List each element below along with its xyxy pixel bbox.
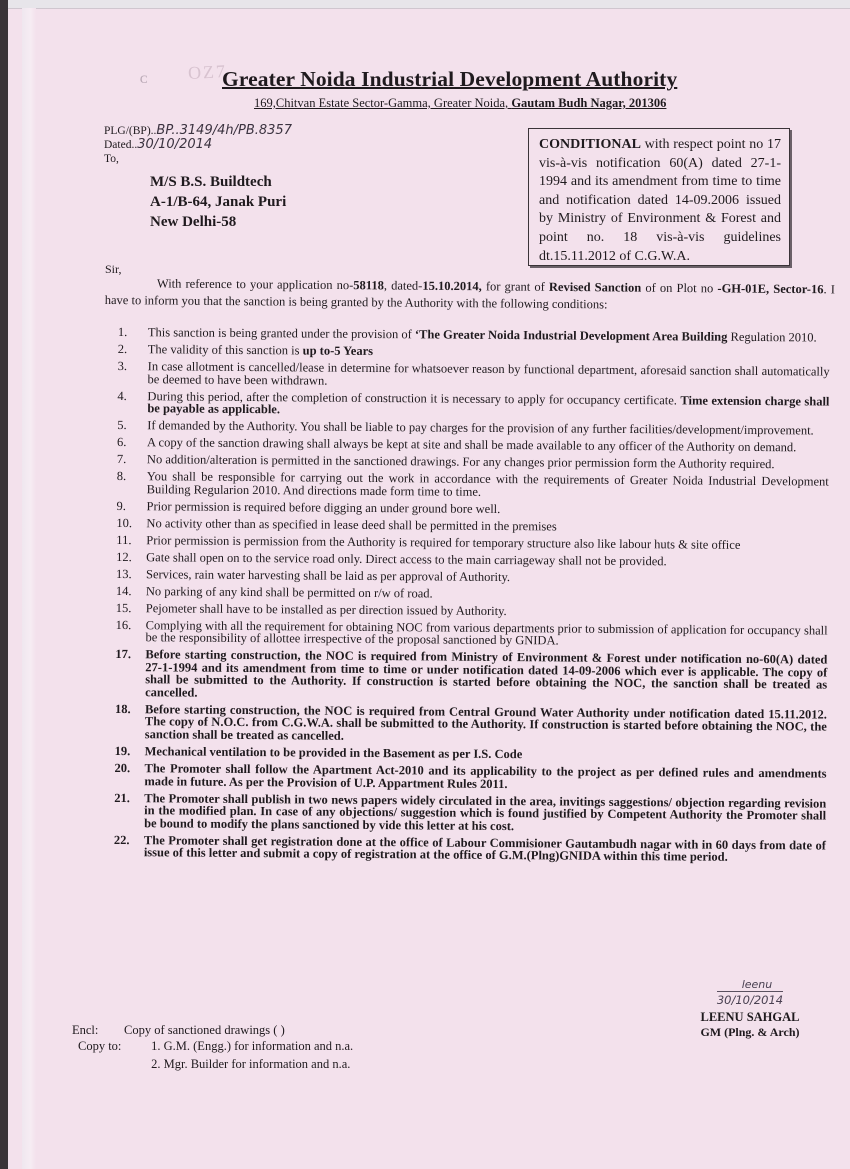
application-number: 58118	[353, 278, 384, 292]
condition-item: 6.A copy of the sanction drawing shall a…	[117, 436, 829, 454]
address-bold: Gautam Budh Nagar, 201306	[511, 96, 666, 110]
sector: Sector-16	[773, 282, 823, 296]
condition-text: In case allotment is cancelled/lease in …	[148, 359, 830, 387]
conditional-notice-box: CONDITIONAL with respect point no 17 vis…	[528, 128, 790, 266]
condition-bold-text: Before starting construction, the NOC is…	[145, 647, 827, 699]
condition-text: If demanded by the Authority. You shall …	[147, 418, 814, 437]
condition-text: Complying with all the requirement for o…	[146, 618, 828, 648]
condition-number: 11.	[116, 534, 142, 547]
condition-item: 22.The Promoter shall get registration d…	[114, 834, 826, 865]
condition-item: 1.This sanction is being granted under t…	[118, 326, 830, 344]
intro-paragraph: With reference to your application no-58…	[105, 275, 835, 315]
addressee-block: M/S B.S. Buildtech A-1/B-64, Janak Puri …	[150, 172, 286, 232]
condition-item: 12.Gate shall open on to the service roa…	[116, 551, 828, 569]
plg-number: BP..3149/4h/PB.8357	[156, 123, 292, 138]
conditional-lead: CONDITIONAL	[539, 137, 641, 152]
condition-number: 12.	[116, 551, 142, 564]
condition-text: The validity of this sanction is	[148, 342, 303, 357]
signatory-name: LEENU SAHGAL	[680, 1010, 820, 1025]
condition-item: 15.Pejometer shall have to be installed …	[116, 602, 828, 620]
application-date: 15.10.2014,	[422, 279, 481, 294]
condition-bold-text: ‘The Greater Noida Industrial Developmen…	[415, 327, 728, 343]
condition-number: 20.	[114, 762, 140, 775]
condition-item: 10.No activity other than as specified i…	[116, 517, 828, 535]
condition-item: 19.Mechanical ventilation to be provided…	[115, 745, 827, 763]
condition-bold-text: The Promoter shall publish in two news p…	[144, 791, 826, 833]
condition-text: Prior permission is permission from the …	[146, 533, 740, 552]
condition-item: 18.Before starting construction, the NOC…	[115, 703, 827, 746]
copy-to-item: 2. Mgr. Builder for information and n.a.	[151, 1056, 353, 1074]
condition-item: 7.No addition/alteration is permitted in…	[117, 453, 829, 471]
condition-number: 5.	[117, 419, 143, 432]
condition-number: 4.	[117, 390, 143, 403]
condition-bold-text: Mechanical ventilation to be provided in…	[145, 744, 523, 761]
pen-mark-icon: ᴄ	[140, 70, 148, 88]
signature-date: 30/10/2014	[717, 991, 783, 1007]
condition-number: 17.	[115, 648, 141, 661]
condition-item: 11.Prior permission is permission from t…	[116, 534, 828, 552]
enclosure-line: Encl:Copy of sanctioned drawings ( )	[72, 1022, 285, 1038]
copy-to-block: Copy to: 1. G.M. (Engg.) for information…	[78, 1038, 353, 1073]
sanction-type: Revised Sanction	[549, 280, 641, 295]
condition-number: 19.	[115, 745, 141, 758]
condition-item: 8.You shall be responsible for carrying …	[117, 470, 829, 501]
copy-to-label: Copy to:	[78, 1038, 148, 1056]
reference-block: PLG/(BP)..BP..3149/4h/PB.8357 Dated..30/…	[104, 124, 292, 166]
condition-tail-text: Regulation 2010.	[727, 330, 816, 345]
condition-text: Services, rain water harvesting shall be…	[146, 567, 510, 584]
condition-number: 16.	[116, 619, 142, 632]
signature-block: leenu 30/10/2014 LEENU SAHGAL GM (Plng. …	[680, 978, 820, 1040]
condition-text: A copy of the sanction drawing shall alw…	[147, 435, 796, 454]
enclosure-label: Encl:	[72, 1022, 124, 1038]
condition-item: 16.Complying with all the requirement fo…	[116, 619, 828, 650]
condition-bold-text: up to-5 Years	[303, 343, 373, 358]
condition-item: 20.The Promoter shall follow the Apartme…	[114, 762, 826, 793]
condition-bold-text: The Promoter shall get registration done…	[144, 833, 826, 864]
dated-label: Dated..	[104, 139, 137, 151]
condition-number: 14.	[116, 585, 142, 598]
dated-value: 30/10/2014	[137, 137, 212, 152]
address-plain: 169,Chitvan Estate Sector-Gamma, Greater…	[254, 96, 511, 110]
condition-item: 9.Prior permission is required before di…	[117, 500, 829, 518]
condition-number: 10.	[116, 517, 142, 530]
addressee-name: M/S B.S. Buildtech	[150, 172, 286, 192]
condition-item: 14.No parking of any kind shall be permi…	[116, 585, 828, 603]
letter-page: OZ7 ᴄ Greater Noida Industrial Developme…	[0, 0, 850, 1169]
condition-bold-text: The Promoter shall follow the Apartment …	[144, 761, 826, 790]
conditions-list: 1.This sanction is being granted under t…	[114, 326, 830, 869]
plot-number: -GH-01E,	[717, 281, 769, 295]
condition-text: No activity other than as specified in l…	[146, 516, 556, 533]
condition-text: Prior permission is required before digg…	[147, 499, 501, 516]
signatory-title: GM (Plng. & Arch)	[680, 1025, 820, 1040]
condition-number: 13.	[116, 568, 142, 581]
condition-item: 4.During this period, after the completi…	[117, 390, 829, 421]
condition-item: 5.If demanded by the Authority. You shal…	[117, 419, 829, 437]
condition-item: 21.The Promoter shall publish in two new…	[114, 792, 826, 835]
signature-scrawl: leenu	[694, 978, 820, 991]
condition-text: No parking of any kind shall be permitte…	[146, 584, 433, 600]
condition-text: You shall be responsible for carrying ou…	[147, 469, 829, 498]
condition-bold-text: Before starting construction, the NOC is…	[145, 702, 827, 743]
condition-item: 17.Before starting construction, the NOC…	[115, 648, 827, 704]
condition-text: This sanction is being granted under the…	[148, 325, 415, 341]
copy-to-item: 1. G.M. (Engg.) for information and n.a.	[151, 1038, 353, 1056]
to-label: To,	[104, 152, 292, 166]
addressee-street: A-1/B-64, Janak Puri	[150, 192, 286, 212]
conditional-text: with respect point no 17 vis-à-vis notif…	[539, 137, 781, 264]
condition-text: Pejometer shall have to be installed as …	[146, 601, 507, 618]
condition-number: 2.	[118, 343, 144, 356]
condition-number: 7.	[117, 453, 143, 466]
condition-number: 22.	[114, 834, 140, 847]
condition-item: 3.In case allotment is cancelled/lease i…	[118, 360, 830, 391]
condition-number: 6.	[117, 436, 143, 449]
letterhead-title: Greater Noida Industrial Development Aut…	[222, 67, 732, 92]
condition-number: 9.	[117, 500, 143, 513]
letterhead-address: 169,Chitvan Estate Sector-Gamma, Greater…	[254, 96, 734, 111]
enclosure-text: Copy of sanctioned drawings ( )	[124, 1022, 285, 1038]
condition-number: 3.	[118, 360, 144, 373]
condition-text: No addition/alteration is permitted in t…	[147, 452, 775, 471]
condition-number: 15.	[116, 602, 142, 615]
condition-number: 1.	[118, 326, 144, 339]
condition-text: Gate shall open on to the service road o…	[146, 550, 667, 568]
condition-number: 8.	[117, 470, 143, 483]
condition-number: 18.	[115, 703, 141, 716]
condition-item: 13.Services, rain water harvesting shall…	[116, 568, 828, 586]
condition-item: 2.The validity of this sanction is up to…	[118, 343, 830, 361]
condition-number: 21.	[114, 792, 140, 805]
addressee-city: New Delhi-58	[150, 212, 286, 232]
plg-label: PLG/(BP)..	[104, 125, 156, 137]
